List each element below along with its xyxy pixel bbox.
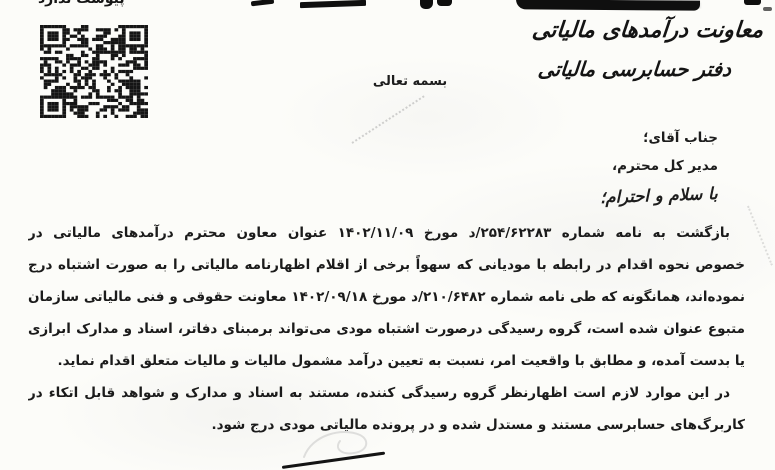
letterhead-org-line2: دفتر حسابرسی مالیاتی [531,54,765,84]
pen-scratch-icon [351,95,424,144]
top-cutoff-mark-icon [744,0,761,5]
body-line: کاربرگ‌های حسابرسی مستند و مستدل شده و د… [28,409,745,441]
top-cutoff-bar-icon [300,0,366,8]
bismillah-text: بسمه تعالی [362,74,458,89]
handwritten-greeting: با سلام و احترام؛ [600,180,719,212]
letterhead-block: معاونت درآمدهای مالیاتی دفتر حسابرسی مال… [532,14,763,84]
attachment-note-cutoff: پیوست ندارد [38,0,125,7]
top-cutoff-long-bar-icon [516,0,700,11]
letterhead-org-line1: معاونت درآمدهای مالیاتی [530,14,764,48]
top-cutoff-mark-icon [420,0,433,9]
addressee-block: جناب آقای؛ مدیر کل محترم، با سلام و احتر… [600,124,718,208]
body-line: متبوع عنوان شده است، گروه رسیدگی درصورت … [28,313,745,345]
top-cutoff-mark-icon [437,0,452,6]
addressee-title: مدیر کل محترم، [600,152,718,180]
addressee-salutation: جناب آقای؛ [600,124,718,152]
pen-scratch-icon [747,206,773,266]
body-line: در این موارد لازم است اظهارنظر گروه رسید… [28,377,745,409]
top-cutoff-mark-icon [763,7,772,11]
body-line: نموده‌اند، همانگونه که طی نامه شماره ۲۱۰… [28,281,745,313]
top-cutoff-mark-icon [251,0,274,6]
body-line: خصوص نحوه اقدام در رابطه با مودیانی که س… [28,249,745,281]
body-line: بازگشت به نامه شماره ۲۵۴/۶۲۲۸۳/د مورخ ۱۴… [28,217,745,249]
scanned-letter-page: پیوست ندارد معاونت درآمدهای مالیاتی دفتر… [0,0,775,470]
qr-code [40,25,148,118]
body-line: یا بدست آمده، و مطابق با واقعیت امر، نسب… [28,345,745,377]
letter-body: بازگشت به نامه شماره ۲۵۴/۶۲۲۸۳/د مورخ ۱۴… [28,217,745,441]
